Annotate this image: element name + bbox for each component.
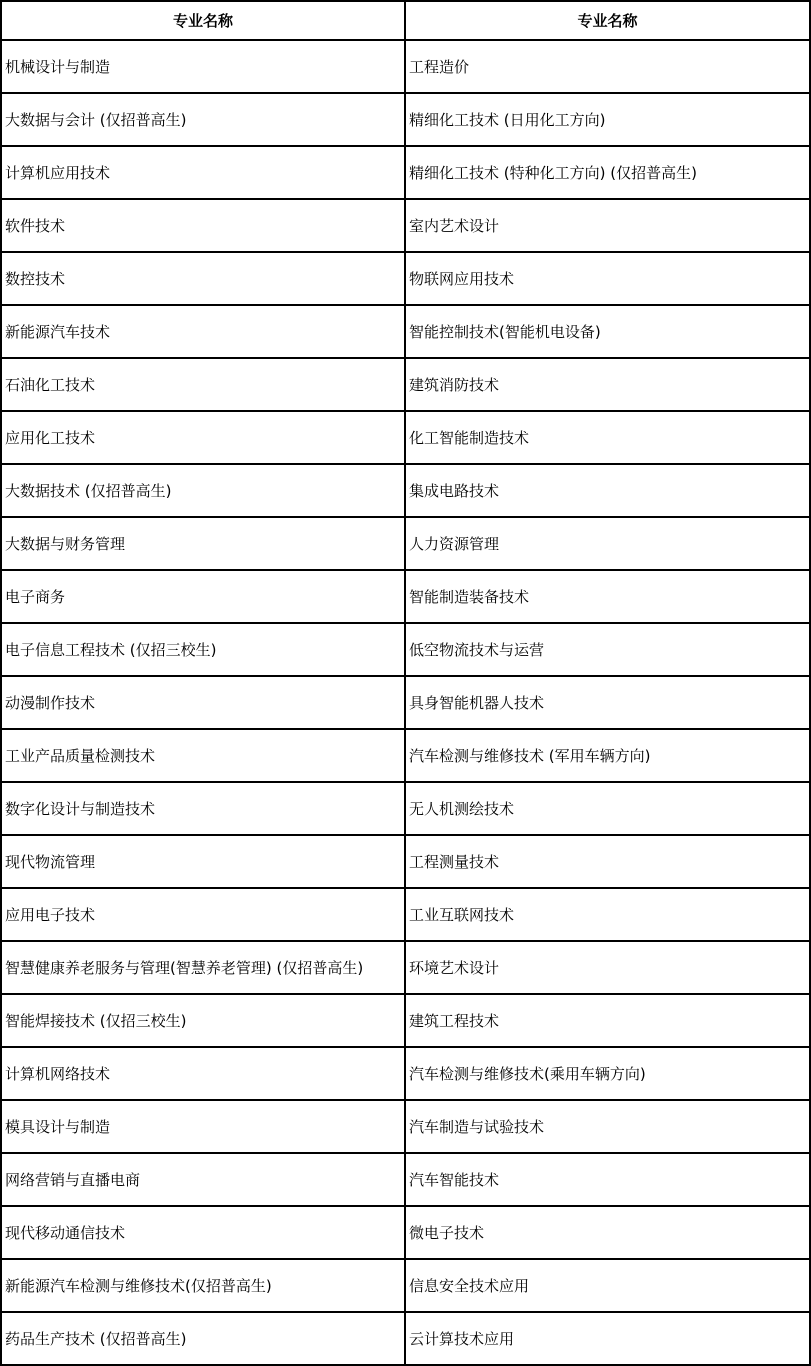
table-row: 机械设计与制造 工程造价 — [1, 40, 810, 93]
table-body: 机械设计与制造 工程造价 大数据与会计 (仅招普高生) 精细化工技术 (日用化工… — [1, 40, 810, 1365]
major-cell-right: 室内艺术设计 — [405, 199, 810, 252]
table-row: 工业产品质量检测技术 汽车检测与维修技术 (军用车辆方向) — [1, 729, 810, 782]
table-row: 大数据与财务管理 人力资源管理 — [1, 517, 810, 570]
major-cell-left: 工业产品质量检测技术 — [1, 729, 405, 782]
major-cell-left: 数控技术 — [1, 252, 405, 305]
major-cell-right: 精细化工技术 (日用化工方向) — [405, 93, 810, 146]
major-cell-right: 微电子技术 — [405, 1206, 810, 1259]
major-cell-left: 计算机应用技术 — [1, 146, 405, 199]
major-cell-right: 具身智能机器人技术 — [405, 676, 810, 729]
major-cell-right: 信息安全技术应用 — [405, 1259, 810, 1312]
major-cell-right: 工业互联网技术 — [405, 888, 810, 941]
major-cell-right: 无人机测绘技术 — [405, 782, 810, 835]
major-cell-left: 现代移动通信技术 — [1, 1206, 405, 1259]
major-cell-left: 动漫制作技术 — [1, 676, 405, 729]
major-cell-right: 环境艺术设计 — [405, 941, 810, 994]
major-cell-right: 汽车智能技术 — [405, 1153, 810, 1206]
major-cell-left: 药品生产技术 (仅招普高生) — [1, 1312, 405, 1365]
table-row: 模具设计与制造 汽车制造与试验技术 — [1, 1100, 810, 1153]
majors-table: 专业名称 专业名称 机械设计与制造 工程造价 大数据与会计 (仅招普高生) 精细… — [0, 0, 811, 1366]
major-cell-right: 精细化工技术 (特种化工方向) (仅招普高生) — [405, 146, 810, 199]
major-cell-right: 汽车制造与试验技术 — [405, 1100, 810, 1153]
major-cell-right: 云计算技术应用 — [405, 1312, 810, 1365]
major-cell-left: 模具设计与制造 — [1, 1100, 405, 1153]
table-row: 软件技术 室内艺术设计 — [1, 199, 810, 252]
major-cell-right: 工程测量技术 — [405, 835, 810, 888]
major-cell-right: 人力资源管理 — [405, 517, 810, 570]
major-cell-left: 软件技术 — [1, 199, 405, 252]
major-cell-left: 应用电子技术 — [1, 888, 405, 941]
major-cell-left: 电子信息工程技术 (仅招三校生) — [1, 623, 405, 676]
major-cell-left: 智慧健康养老服务与管理(智慧养老管理) (仅招普高生) — [1, 941, 405, 994]
major-cell-left: 石油化工技术 — [1, 358, 405, 411]
major-cell-right: 集成电路技术 — [405, 464, 810, 517]
table-row: 现代移动通信技术 微电子技术 — [1, 1206, 810, 1259]
table-row: 数字化设计与制造技术 无人机测绘技术 — [1, 782, 810, 835]
major-cell-right: 汽车检测与维修技术(乘用车辆方向) — [405, 1047, 810, 1100]
major-cell-right: 工程造价 — [405, 40, 810, 93]
major-cell-left: 智能焊接技术 (仅招三校生) — [1, 994, 405, 1047]
table-row: 计算机网络技术 汽车检测与维修技术(乘用车辆方向) — [1, 1047, 810, 1100]
major-cell-right: 化工智能制造技术 — [405, 411, 810, 464]
major-cell-left: 现代物流管理 — [1, 835, 405, 888]
major-cell-left: 电子商务 — [1, 570, 405, 623]
table-row: 应用电子技术 工业互联网技术 — [1, 888, 810, 941]
table-row: 电子信息工程技术 (仅招三校生) 低空物流技术与运营 — [1, 623, 810, 676]
table-row: 计算机应用技术 精细化工技术 (特种化工方向) (仅招普高生) — [1, 146, 810, 199]
major-cell-left: 大数据与会计 (仅招普高生) — [1, 93, 405, 146]
major-cell-right: 汽车检测与维修技术 (军用车辆方向) — [405, 729, 810, 782]
table-row: 智慧健康养老服务与管理(智慧养老管理) (仅招普高生) 环境艺术设计 — [1, 941, 810, 994]
major-cell-right: 物联网应用技术 — [405, 252, 810, 305]
table-row: 新能源汽车检测与维修技术(仅招普高生) 信息安全技术应用 — [1, 1259, 810, 1312]
table-row: 电子商务 智能制造装备技术 — [1, 570, 810, 623]
major-cell-left: 计算机网络技术 — [1, 1047, 405, 1100]
table-row: 现代物流管理 工程测量技术 — [1, 835, 810, 888]
major-cell-right: 建筑工程技术 — [405, 994, 810, 1047]
table-row: 大数据技术 (仅招普高生) 集成电路技术 — [1, 464, 810, 517]
major-cell-left: 机械设计与制造 — [1, 40, 405, 93]
major-cell-left: 应用化工技术 — [1, 411, 405, 464]
major-cell-right: 智能制造装备技术 — [405, 570, 810, 623]
major-cell-left: 新能源汽车检测与维修技术(仅招普高生) — [1, 1259, 405, 1312]
column-header-major-name-right: 专业名称 — [405, 1, 810, 40]
table-header: 专业名称 专业名称 — [1, 1, 810, 40]
major-cell-left: 数字化设计与制造技术 — [1, 782, 405, 835]
major-cell-left: 大数据与财务管理 — [1, 517, 405, 570]
table-row: 石油化工技术 建筑消防技术 — [1, 358, 810, 411]
table-row: 动漫制作技术 具身智能机器人技术 — [1, 676, 810, 729]
major-cell-left: 网络营销与直播电商 — [1, 1153, 405, 1206]
header-row: 专业名称 专业名称 — [1, 1, 810, 40]
major-cell-right: 建筑消防技术 — [405, 358, 810, 411]
major-cell-right: 低空物流技术与运营 — [405, 623, 810, 676]
major-cell-right: 智能控制技术(智能机电设备) — [405, 305, 810, 358]
table-row: 应用化工技术 化工智能制造技术 — [1, 411, 810, 464]
table-row: 网络营销与直播电商 汽车智能技术 — [1, 1153, 810, 1206]
major-cell-left: 大数据技术 (仅招普高生) — [1, 464, 405, 517]
table-row: 新能源汽车技术 智能控制技术(智能机电设备) — [1, 305, 810, 358]
major-cell-left: 新能源汽车技术 — [1, 305, 405, 358]
table-row: 数控技术 物联网应用技术 — [1, 252, 810, 305]
table-row: 智能焊接技术 (仅招三校生) 建筑工程技术 — [1, 994, 810, 1047]
table-row: 药品生产技术 (仅招普高生) 云计算技术应用 — [1, 1312, 810, 1365]
table-row: 大数据与会计 (仅招普高生) 精细化工技术 (日用化工方向) — [1, 93, 810, 146]
column-header-major-name-left: 专业名称 — [1, 1, 405, 40]
